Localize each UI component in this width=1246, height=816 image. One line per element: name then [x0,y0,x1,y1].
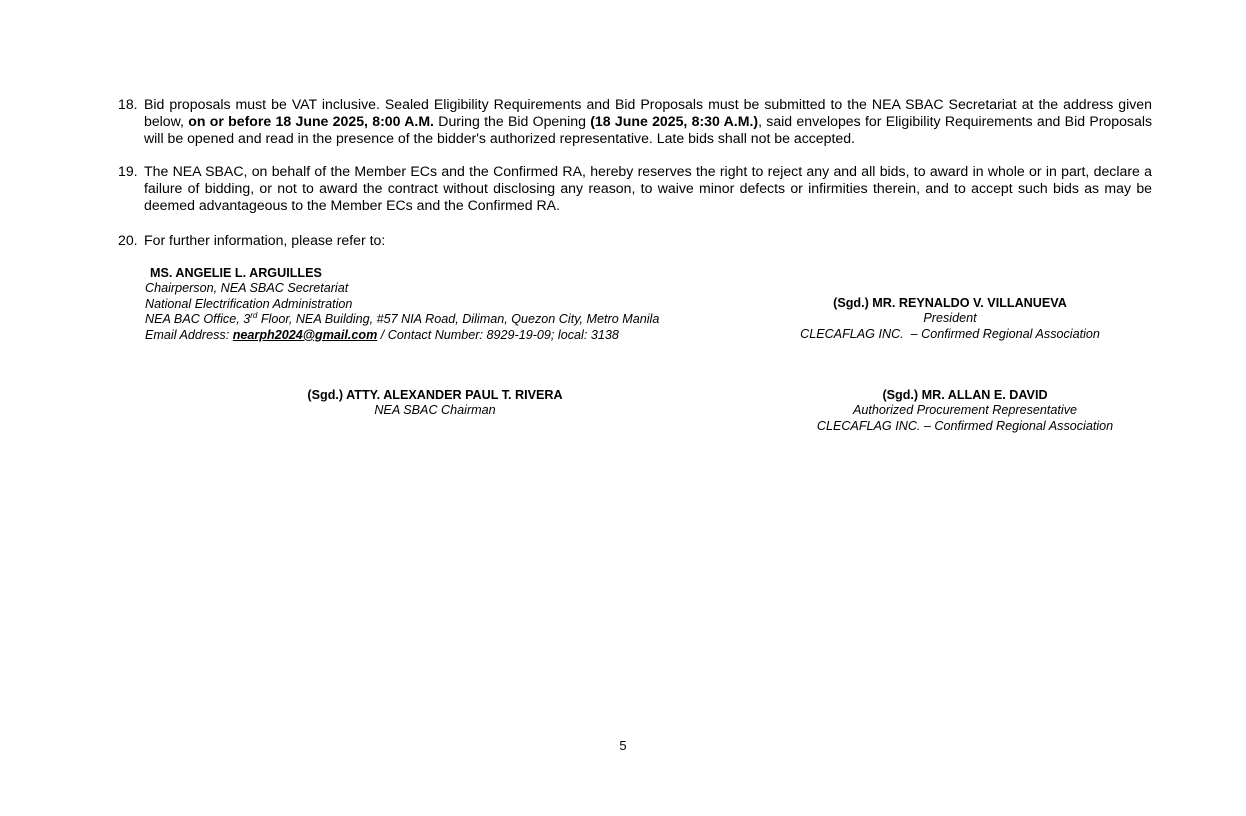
signatory-villanueva: (Sgd.) MR. REYNALDO V. VILLANUEVA Presid… [790,296,1110,342]
contact-email-line: Email Address: nearph2024@gmail.com / Co… [145,328,659,343]
signatory-organization: CLECAFLAG INC. – Confirmed Regional Asso… [790,327,1110,342]
signatory-name: (Sgd.) ATTY. ALEXANDER PAUL T. RIVERA [280,388,590,403]
item-number: 20. [118,232,138,249]
signatory-name: (Sgd.) MR. ALLAN E. DAVID [790,388,1140,403]
signatory-name: (Sgd.) MR. REYNALDO V. VILLANUEVA [790,296,1110,311]
submission-deadline: on or before 18 June 2025, 8:00 A.M. [188,113,434,129]
signatory-organization: CLECAFLAG INC. – Confirmed Regional Asso… [790,419,1140,434]
signatory-title: NEA SBAC Chairman [280,403,590,418]
bid-opening-date: (18 June 2025, 8:30 A.M.) [590,113,758,129]
item-number: 18. [118,96,138,113]
item-19: 19. The NEA SBAC, on behalf of the Membe… [118,163,1152,214]
email-link[interactable]: nearph2024@gmail.com [233,328,378,342]
item-text: The NEA SBAC, on behalf of the Member EC… [144,163,1152,214]
contact-address: NEA BAC Office, 3rd Floor, NEA Building,… [145,312,659,327]
signatory-rivera: (Sgd.) ATTY. ALEXANDER PAUL T. RIVERA NE… [280,388,590,419]
item-20: 20. For further information, please refe… [118,232,1152,249]
signatory-david: (Sgd.) MR. ALLAN E. DAVID Authorized Pro… [790,388,1140,434]
item-text: For further information, please refer to… [144,232,1152,249]
contact-name: MS. ANGELIE L. ARGUILLES [145,266,659,281]
text-segment: During the Bid Opening [434,113,590,129]
contact-title: Chairperson, NEA SBAC Secretariat [145,281,659,296]
email-label: Email Address: [145,328,233,342]
signatory-title: President [790,311,1110,326]
signatory-title: Authorized Procurement Representative [790,403,1140,418]
item-text: Bid proposals must be VAT inclusive. Sea… [144,96,1152,147]
item-18: 18. Bid proposals must be VAT inclusive.… [118,96,1152,147]
contact-organization: National Electrification Administration [145,297,659,312]
contact-number: / Contact Number: 8929-19-09; local: 313… [377,328,619,342]
address-part: NEA BAC Office, 3 [145,312,250,326]
item-number: 19. [118,163,138,180]
contact-block: MS. ANGELIE L. ARGUILLES Chairperson, NE… [145,266,659,343]
page-number: 5 [0,738,1246,753]
address-part: Floor, NEA Building, #57 NIA Road, Dilim… [257,312,659,326]
